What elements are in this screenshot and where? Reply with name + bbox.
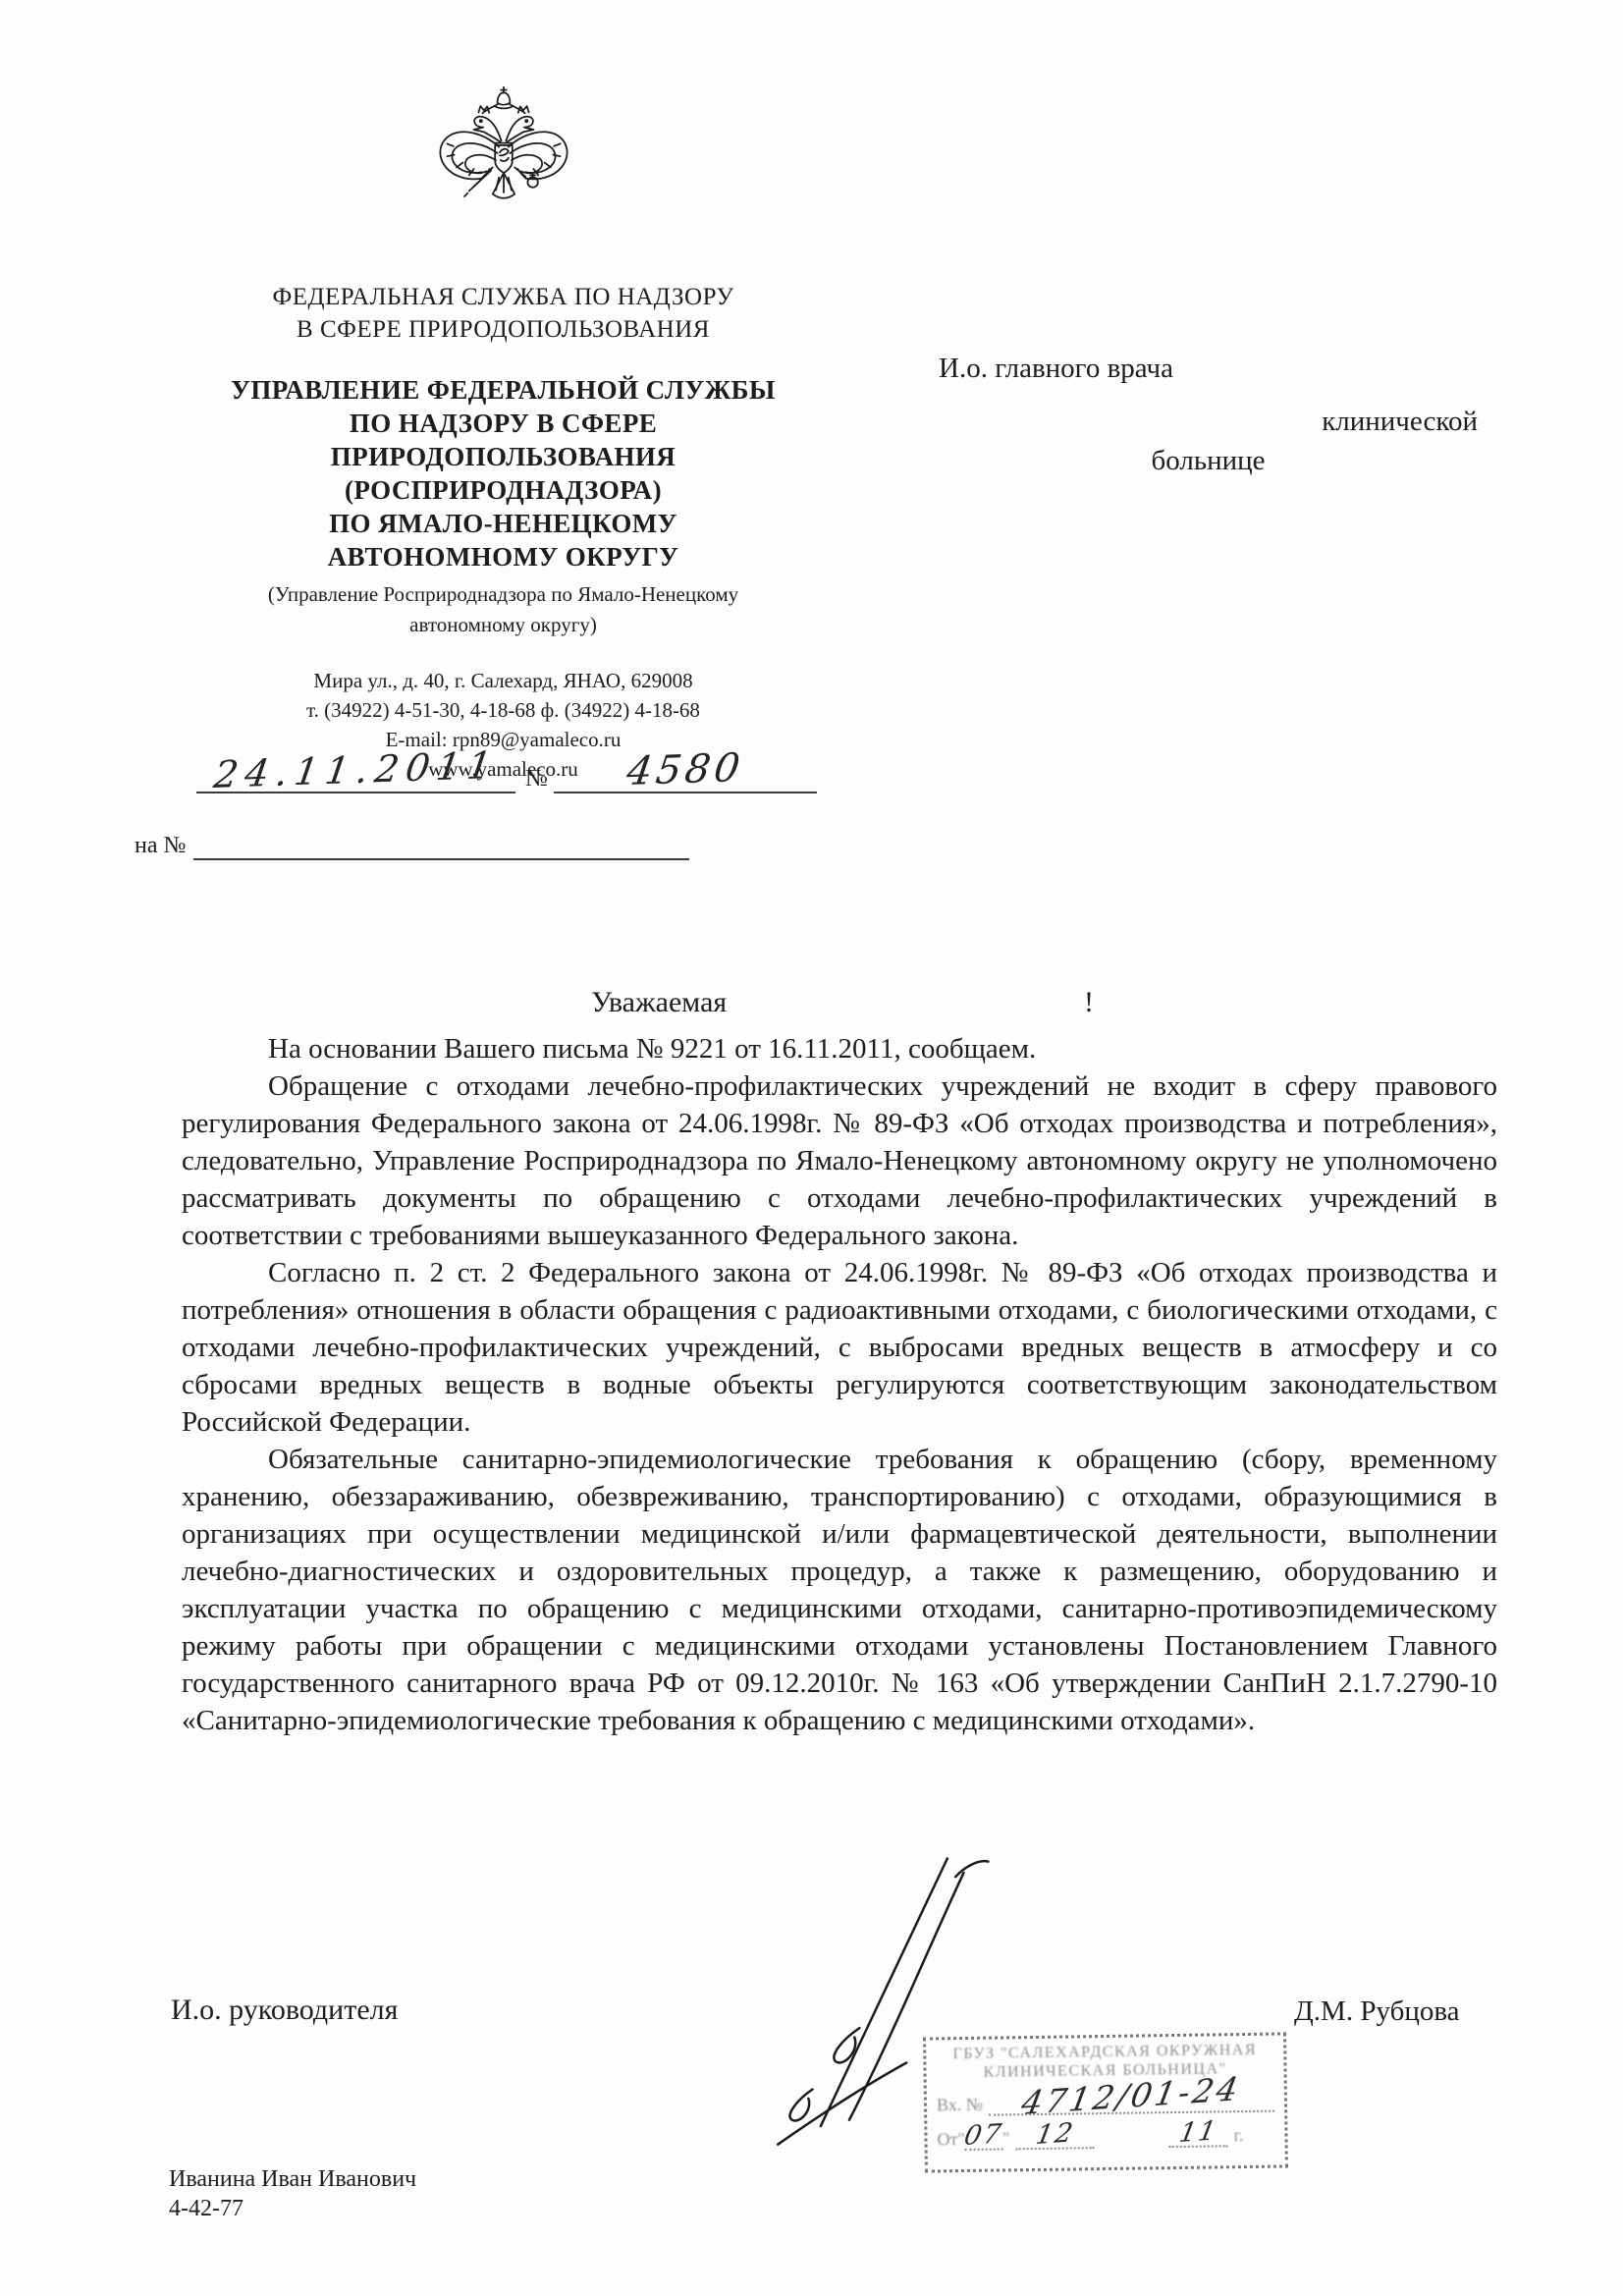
executor-name: Иванина Иван Иванович bbox=[169, 2164, 416, 2194]
letterhead: ФЕДЕРАЛЬНАЯ СЛУЖБА ПО НАДЗОРУ В СФЕРЕ ПР… bbox=[128, 0, 879, 784]
stamp-incoming-number-handwritten: 4712/01-24 bbox=[1019, 2074, 1243, 2118]
department-line: ПРИРОДОПОЛЬЗОВАНИЯ bbox=[128, 440, 879, 473]
stamp-year-line: 11 bbox=[1168, 2120, 1227, 2148]
executor-block: Иванина Иван Иванович 4-42-77 bbox=[169, 2164, 416, 2223]
addressee-line1: И.о. главного врача bbox=[939, 352, 1478, 385]
department-name: УПРАВЛЕНИЕ ФЕДЕРАЛЬНОЙ СЛУЖБЫ ПО НАДЗОРУ… bbox=[128, 373, 879, 574]
stamp-quote-close: " bbox=[1002, 2126, 1010, 2150]
number-sign-label: № bbox=[525, 764, 548, 793]
salutation-line: Уважаемая ! bbox=[591, 986, 1094, 1019]
reply-number-line bbox=[193, 831, 689, 860]
outgoing-number-handwritten: 4580 bbox=[624, 746, 747, 793]
outgoing-reference-row: 24.11.2011 № 4580 bbox=[196, 748, 817, 793]
signer-position: И.о. руководителя bbox=[171, 1994, 398, 2027]
stamp-from-label: От bbox=[937, 2127, 957, 2151]
department-line: ПО ЯМАЛО-НЕНЕЦКОМУ bbox=[128, 507, 879, 540]
agency-name-line2: В СФЕРЕ ПРИРОДОПОЛЬЗОВАНИЯ bbox=[128, 313, 879, 346]
incoming-registration-stamp: ГБУЗ "САЛЕХАРДСКАЯ ОКРУЖНАЯ КЛИНИЧЕСКАЯ … bbox=[923, 2032, 1288, 2172]
short-name-line2: автономному округу) bbox=[128, 610, 879, 640]
salutation-word: Уважаемая bbox=[591, 986, 727, 1019]
paragraph: Обязательные санитарно-эпидемиологически… bbox=[182, 1441, 1497, 1739]
outgoing-date-line: 24.11.2011 bbox=[196, 748, 515, 793]
scanned-letter-page: ФЕДЕРАЛЬНАЯ СЛУЖБА ПО НАДЗОРУ В СФЕРЕ ПР… bbox=[0, 0, 1623, 2296]
addressee-line3: больнице bbox=[939, 444, 1478, 477]
letter-body: На основании Вашего письма № 9221 от 16.… bbox=[182, 1030, 1497, 1739]
stamp-month-line: 12 bbox=[1015, 2122, 1094, 2150]
paragraph: Обращение с отходами лечебно-профилактич… bbox=[182, 1067, 1497, 1254]
salutation-exclamation: ! bbox=[1084, 986, 1094, 1019]
stamp-incoming-number-line: 4712/01-24 bbox=[989, 2080, 1274, 2116]
stamp-month-handwritten: 12 bbox=[1034, 2121, 1076, 2148]
stamp-incoming-number-row: Вх. № 4712/01-24 bbox=[937, 2080, 1274, 2117]
stamp-day-handwritten: 07 bbox=[962, 2122, 1004, 2149]
signer-name: Д.М. Рубцова bbox=[1294, 1995, 1460, 2028]
stamp-year-suffix: г. bbox=[1233, 2123, 1243, 2147]
department-line: АВТОНОМНОМУ ОКРУГУ bbox=[128, 540, 879, 574]
phone-fax: т. (34922) 4-51-30, 4-18-68 ф. (34922) 4… bbox=[128, 695, 879, 725]
department-line: УПРАВЛЕНИЕ ФЕДЕРАЛЬНОЙ СЛУЖБЫ bbox=[128, 373, 879, 407]
outgoing-date-handwritten: 24.11.2011 bbox=[211, 743, 501, 796]
agency-name: ФЕДЕРАЛЬНАЯ СЛУЖБА ПО НАДЗОРУ В СФЕРЕ ПР… bbox=[128, 281, 879, 346]
addressee-line2: клинической bbox=[939, 405, 1478, 438]
reply-reference-row: на № bbox=[135, 831, 689, 860]
stamp-day-line: 07 bbox=[965, 2123, 1003, 2151]
paragraph: Согласно п. 2 ст. 2 Федерального закона … bbox=[182, 1254, 1497, 1441]
stamp-date-row: От " 07 " 12 11 г. bbox=[937, 2120, 1274, 2152]
paragraph: На основании Вашего письма № 9221 от 16.… bbox=[182, 1030, 1497, 1067]
executor-phone: 4-42-77 bbox=[169, 2194, 416, 2223]
russia-coat-of-arms-icon bbox=[425, 77, 582, 246]
outgoing-number-line: 4580 bbox=[554, 748, 817, 793]
stamp-incoming-label: Вх. № bbox=[937, 2093, 983, 2117]
short-name-line1: (Управление Росприроднадзора по Ямало-Не… bbox=[128, 579, 879, 610]
postal-address: Мира ул., д. 40, г. Салехард, ЯНАО, 6290… bbox=[128, 666, 879, 695]
department-line: (РОСПРИРОДНАДЗОРА) bbox=[128, 473, 879, 507]
department-short-name: (Управление Росприроднадзора по Ямало-Не… bbox=[128, 579, 879, 640]
agency-name-line1: ФЕДЕРАЛЬНАЯ СЛУЖБА ПО НАДЗОРУ bbox=[128, 281, 879, 313]
addressee-block: И.о. главного врача клинической больнице bbox=[939, 352, 1478, 477]
stamp-year-handwritten: 11 bbox=[1177, 2119, 1219, 2146]
department-line: ПО НАДЗОРУ В СФЕРЕ bbox=[128, 407, 879, 440]
reply-to-label: на № bbox=[135, 831, 186, 860]
